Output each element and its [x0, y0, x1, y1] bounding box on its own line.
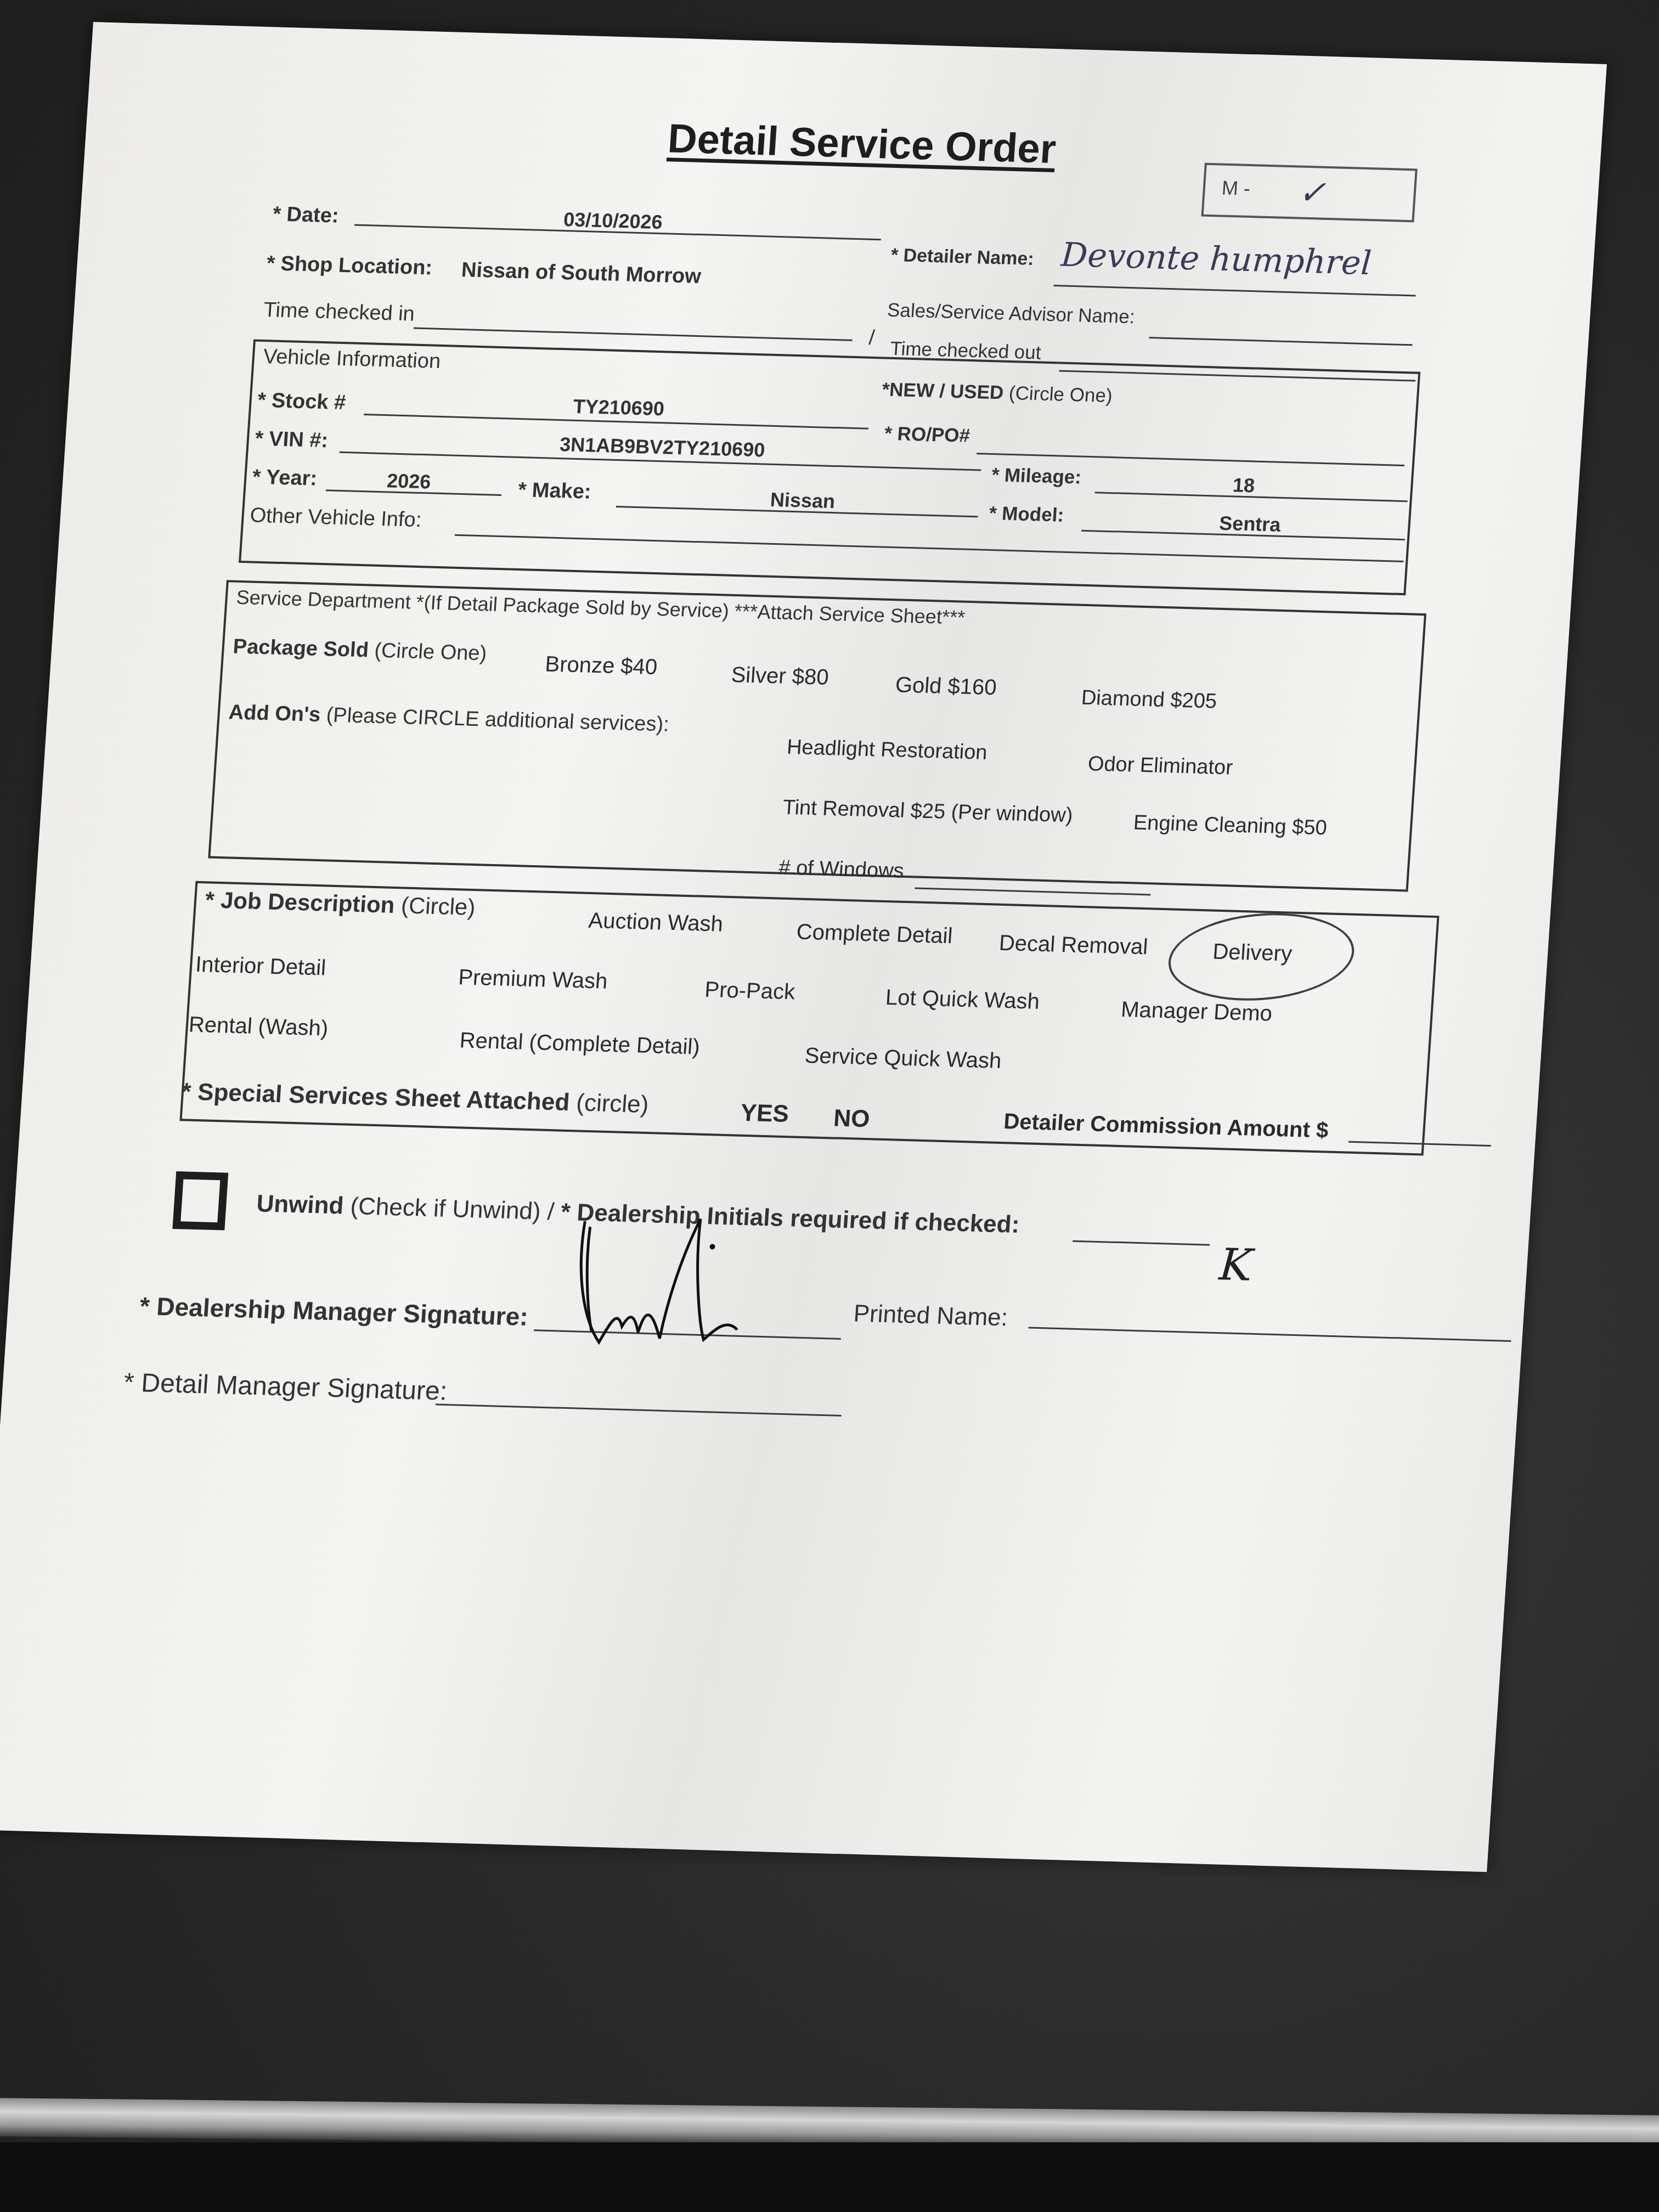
dealership-initials-field[interactable]	[1073, 1240, 1210, 1246]
special-services-instruction: (circle)	[569, 1089, 650, 1118]
package-sold-instruction: (Circle One)	[368, 639, 487, 665]
job-description-instruction: (Circle)	[394, 892, 476, 920]
printed-name-label: Printed Name:	[853, 1300, 1008, 1332]
add-ons-title: Add On's	[228, 701, 321, 726]
shop-location-label: * Shop Location:	[266, 252, 433, 280]
mileage-label: * Mileage:	[991, 464, 1082, 489]
package-bronze[interactable]: Bronze $40	[544, 652, 658, 680]
new-used-instruction: (Circle One)	[1003, 382, 1113, 407]
package-gold[interactable]: Gold $160	[894, 673, 997, 700]
addon-odor-eliminator[interactable]: Odor Eliminator	[1087, 752, 1234, 780]
job-complete-detail[interactable]: Complete Detail	[795, 919, 953, 949]
vin-label: * VIN #:	[255, 427, 329, 453]
job-decal-removal[interactable]: Decal Removal	[998, 931, 1149, 960]
detail-manager-signature-field[interactable]	[436, 1403, 842, 1417]
job-rental-wash[interactable]: Rental (Wash)	[188, 1013, 329, 1041]
date-label: * Date:	[272, 202, 340, 228]
job-description-title: * Job Description	[205, 887, 396, 918]
floor-shadow	[0, 2142, 1659, 2212]
date-value: 03/10/2026	[563, 208, 663, 234]
dealership-manager-signature-ink	[565, 1210, 794, 1358]
m-number-box[interactable]: M - ✓	[1201, 163, 1417, 223]
make-value: Nissan	[770, 488, 836, 513]
job-lot-quick-wash[interactable]: Lot Quick Wash	[885, 985, 1041, 1014]
job-manager-demo[interactable]: Manager Demo	[1120, 997, 1273, 1026]
handwritten-check-mark: ✓	[1297, 173, 1327, 212]
mileage-value: 18	[1232, 473, 1256, 497]
special-services-no[interactable]: NO	[833, 1104, 871, 1133]
printed-name-value: K	[1218, 1239, 1254, 1291]
package-silver[interactable]: Silver $80	[730, 663, 830, 690]
new-used-options: *NEW / USED	[881, 379, 1004, 403]
model-label: * Model:	[989, 503, 1065, 527]
detailer-name-value: Devonte humphrel	[1060, 235, 1373, 283]
service-order-sheet: Detail Service Order M - ✓ * Date: 03/10…	[0, 22, 1607, 1872]
dealership-manager-signature-label: * Dealership Manager Signature:	[139, 1291, 529, 1331]
year-label: * Year:	[252, 465, 318, 490]
time-separator: /	[868, 326, 875, 350]
vehicle-info-heading: Vehicle Information	[263, 345, 442, 374]
package-sold-title: Package Sold	[232, 635, 369, 662]
stock-label: * Stock #	[257, 389, 346, 415]
service-department-section	[208, 580, 1426, 891]
time-checked-in-field[interactable]	[414, 328, 853, 341]
detailer-name-label: * Detailer Name:	[890, 245, 1035, 270]
package-diamond[interactable]: Diamond $205	[1080, 686, 1217, 714]
make-label: * Make:	[517, 478, 592, 504]
time-checked-in-label: Time checked in	[263, 298, 415, 326]
unwind-instruction: (Check if Unwind) /	[343, 1193, 562, 1226]
stock-value: TY210690	[572, 395, 665, 421]
printed-name-field[interactable]	[1029, 1327, 1511, 1342]
model-value: Sentra	[1218, 512, 1282, 537]
windows-count-label: # of Windows	[778, 856, 905, 883]
detailer-name-field[interactable]	[1054, 285, 1416, 296]
m-prefix: M -	[1221, 177, 1251, 200]
shop-location-value: Nissan of South Morrow	[461, 258, 702, 289]
form-title: Detail Service Order	[667, 115, 1058, 172]
unwind-title: Unwind	[256, 1190, 345, 1219]
advisor-name-label: Sales/Service Advisor Name:	[887, 300, 1136, 329]
job-pro-pack[interactable]: Pro-Pack	[704, 978, 795, 1005]
detail-manager-signature-label: * Detail Manager Signature:	[123, 1368, 448, 1407]
windows-count-field[interactable]	[915, 887, 1150, 895]
job-premium-wash[interactable]: Premium Wash	[458, 965, 608, 994]
job-interior-detail[interactable]: Interior Detail	[195, 952, 327, 981]
other-vehicle-info-label: Other Vehicle Info:	[249, 504, 422, 532]
ro-po-label: * RO/PO#	[884, 423, 970, 447]
advisor-name-field[interactable]	[1149, 337, 1413, 346]
year-value: 2026	[386, 469, 432, 493]
special-services-yes[interactable]: YES	[740, 1099, 789, 1128]
job-auction-wash[interactable]: Auction Wash	[588, 909, 724, 937]
unwind-checkbox[interactable]	[172, 1171, 228, 1230]
